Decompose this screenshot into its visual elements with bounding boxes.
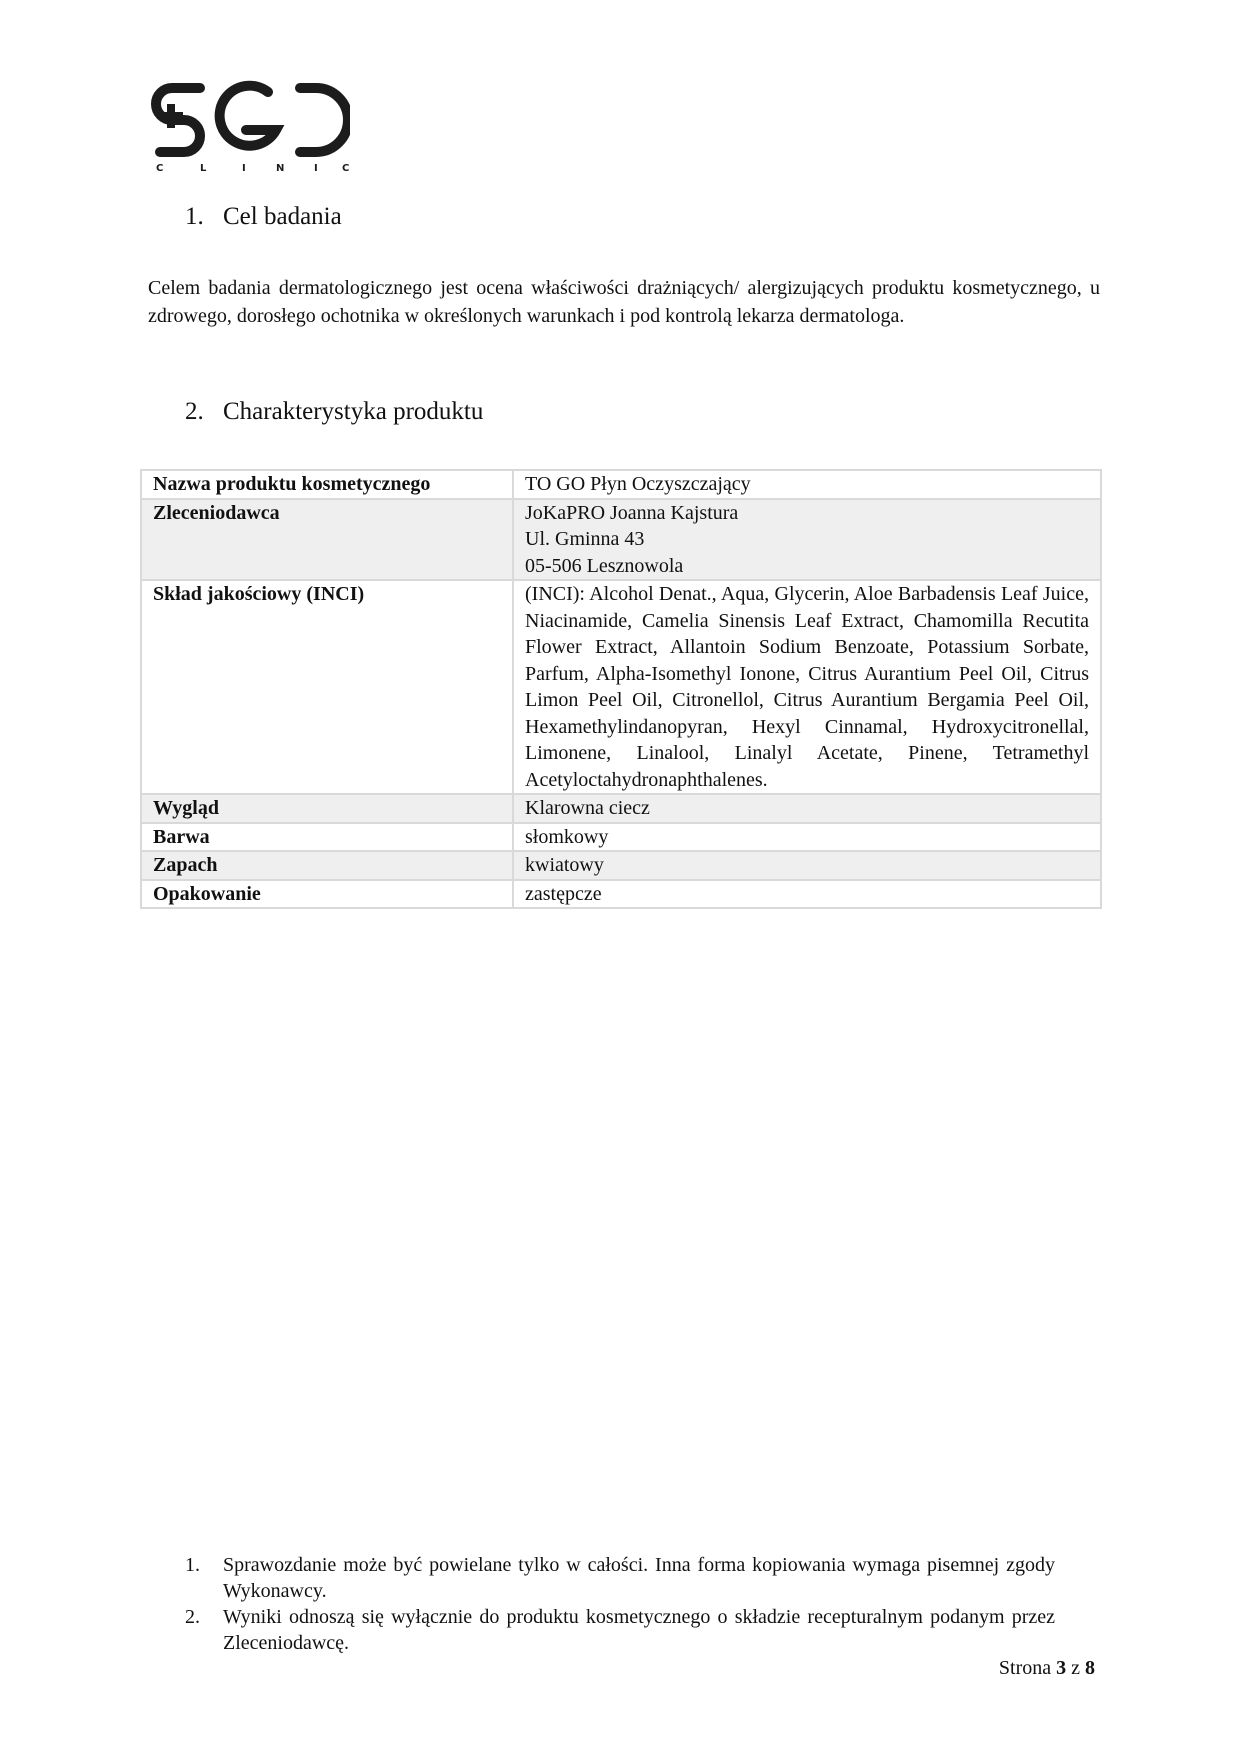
svg-text:L: L (200, 163, 207, 174)
footnote-text: Wyniki odnoszą się wyłącznie do produktu… (223, 1606, 1055, 1654)
table-row: Opakowanie zastępcze (141, 880, 1101, 909)
table-row: Wygląd Klarowna ciecz (141, 794, 1101, 823)
page-number: Strona 3 z 8 (999, 1657, 1095, 1680)
table-row: Zapach kwiatowy (141, 851, 1101, 880)
section-1-heading: 1.Cel badania (185, 203, 342, 231)
row-label: Opakowanie (141, 880, 513, 909)
client-street: Ul. Gminna 43 (525, 526, 1089, 553)
table-row: Nazwa produktu kosmetycznego TO GO Płyn … (141, 470, 1101, 499)
sgd-clinic-logo-icon: CLI NIC (150, 78, 350, 174)
row-value: słomkowy (513, 823, 1101, 852)
row-label: Skład jakościowy (INCI) (141, 580, 513, 794)
section-1-body: Celem badania dermatologicznego jest oce… (148, 274, 1100, 330)
svg-text:I: I (314, 163, 318, 174)
footnote-text: Sprawozdanie może być powielane tylko w … (223, 1554, 1055, 1602)
inci-list: (INCI): Alcohol Denat., Aqua, Glycerin, … (525, 583, 1089, 791)
row-label: Nazwa produktu kosmetycznego (141, 470, 513, 499)
row-value: kwiatowy (513, 851, 1101, 880)
product-spec-table: Nazwa produktu kosmetycznego TO GO Płyn … (140, 469, 1102, 909)
footnote-item: 1. Sprawozdanie może być powielane tylko… (185, 1552, 1055, 1604)
page-total: 8 (1085, 1657, 1095, 1679)
table-row: Zleceniodawca JoKaPRO Joanna Kajstura Ul… (141, 499, 1101, 581)
svg-text:C: C (156, 163, 163, 174)
table-row: Skład jakościowy (INCI) (INCI): Alcohol … (141, 580, 1101, 794)
row-value: Klarowna ciecz (513, 794, 1101, 823)
svg-text:I: I (242, 163, 246, 174)
row-value: (INCI): Alcohol Denat., Aqua, Glycerin, … (513, 580, 1101, 794)
section-2-title: Charakterystyka produktu (223, 398, 483, 425)
page-prefix: Strona (999, 1657, 1051, 1679)
section-2-heading: 2.Charakterystyka produktu (185, 398, 483, 426)
footnote-number: 1. (185, 1552, 200, 1578)
row-label: Wygląd (141, 794, 513, 823)
client-city: 05-506 Lesznowola (525, 553, 1089, 580)
product-name: TO GO Płyn Oczyszczający (525, 471, 1089, 498)
row-label: Barwa (141, 823, 513, 852)
row-label: Zleceniodawca (141, 499, 513, 581)
table-row: Barwa słomkowy (141, 823, 1101, 852)
row-value: TO GO Płyn Oczyszczający (513, 470, 1101, 499)
page-sep: z (1071, 1657, 1080, 1679)
footnote-item: 2. Wyniki odnoszą się wyłącznie do produ… (185, 1604, 1055, 1656)
svg-text:C: C (342, 163, 349, 174)
sgd-clinic-logo: CLI NIC (150, 78, 350, 174)
section-1-number: 1. (185, 203, 223, 231)
footnote-number: 2. (185, 1604, 200, 1630)
client-name: JoKaPRO Joanna Kajstura (525, 500, 1089, 527)
section-1-title: Cel badania (223, 203, 342, 230)
svg-text:N: N (276, 163, 284, 174)
row-value: JoKaPRO Joanna Kajstura Ul. Gminna 43 05… (513, 499, 1101, 581)
row-label: Zapach (141, 851, 513, 880)
footnotes: 1. Sprawozdanie może być powielane tylko… (185, 1552, 1055, 1656)
section-2-number: 2. (185, 398, 223, 426)
row-value: zastępcze (513, 880, 1101, 909)
page-current: 3 (1056, 1657, 1066, 1679)
